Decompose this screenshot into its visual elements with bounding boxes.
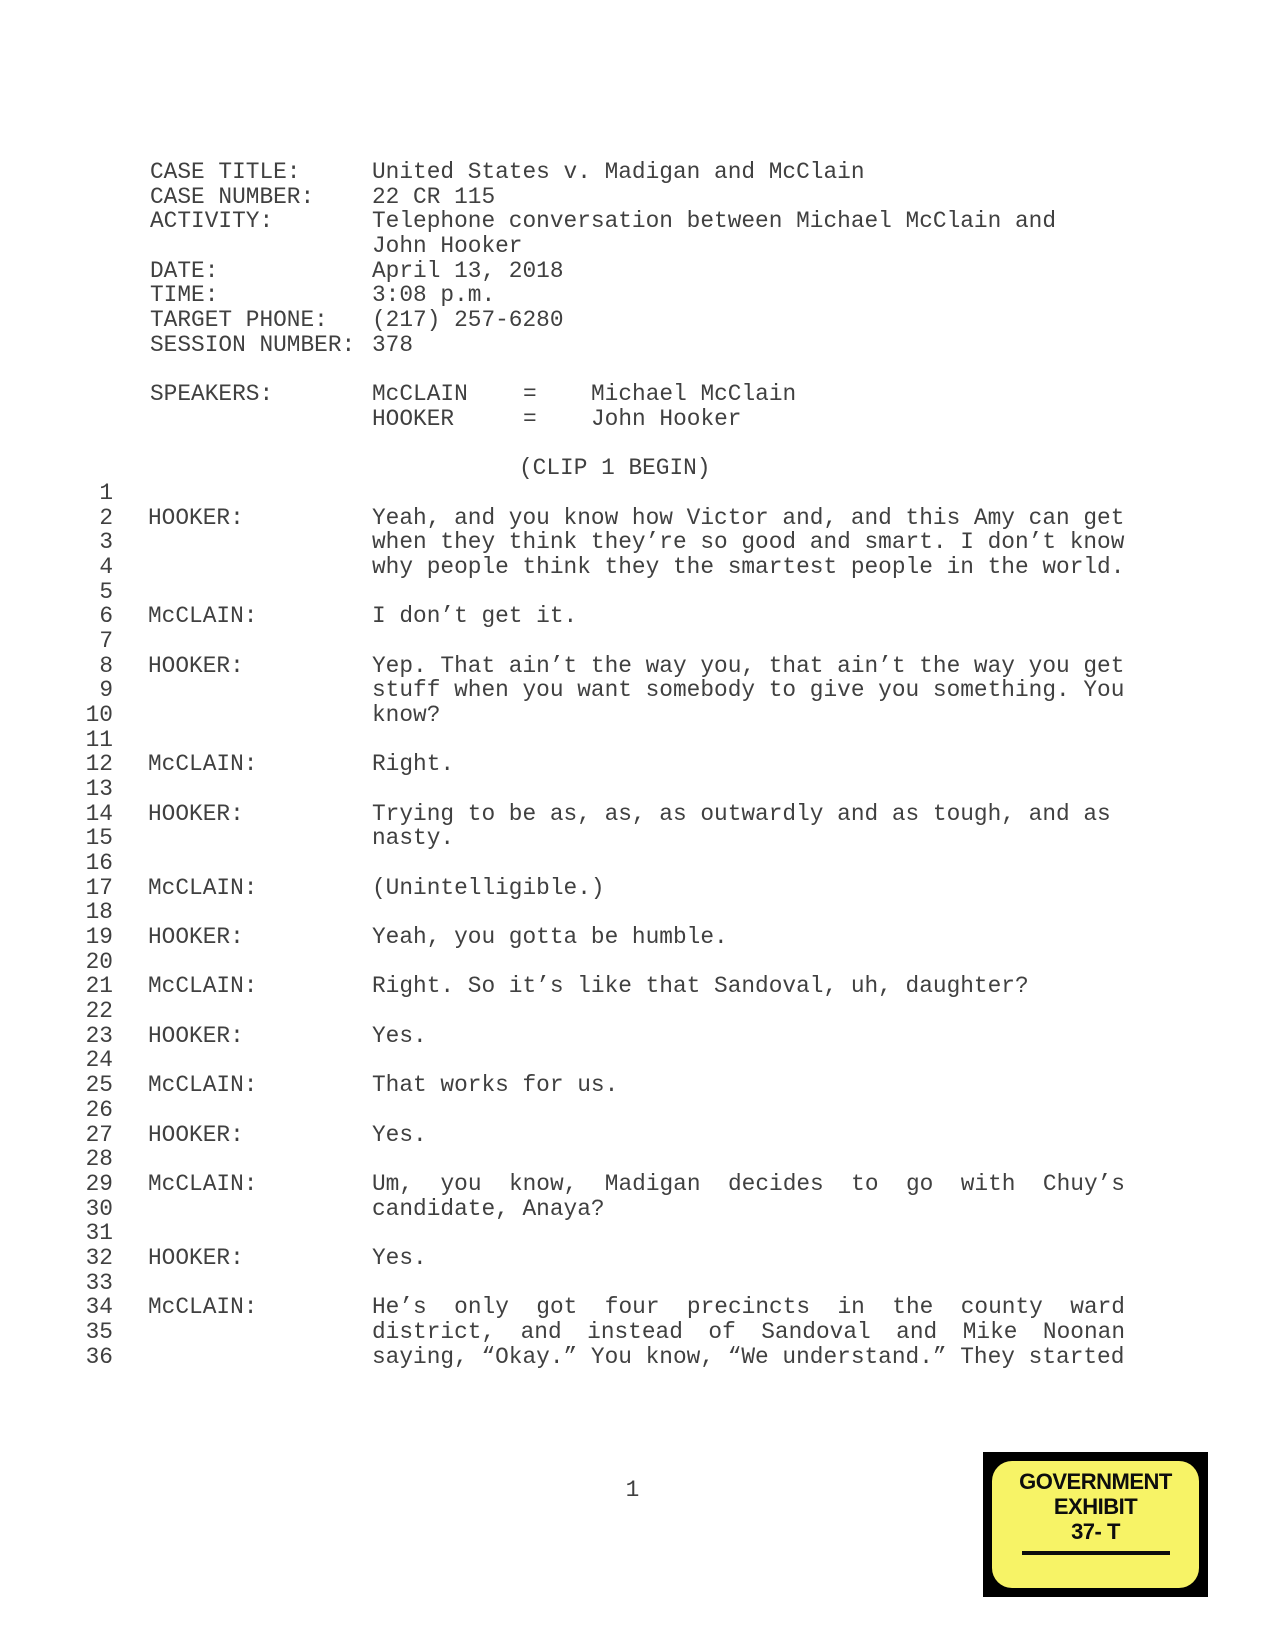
stamp-line-number: 37- T [992, 1519, 1199, 1544]
dialogue-text: district, and instead of Sandoval and Mi… [372, 1320, 1125, 1345]
line-number: 28 [52, 1147, 113, 1172]
header-value: John Hooker [372, 234, 522, 259]
header-value: (217) 257-6280 [372, 308, 564, 333]
speaker-label: HOOKER: [148, 1123, 244, 1148]
dialogue-text: Trying to be as, as, as outwardly and as… [372, 802, 1125, 827]
speaker-label: HOOKER: [148, 925, 244, 950]
line-number: 17 [52, 876, 113, 901]
header-label: CASE NUMBER: [150, 185, 314, 210]
dialogue-text: I don’t get it. [372, 604, 1125, 629]
line-number: 13 [52, 777, 113, 802]
line-number: 6 [52, 604, 113, 629]
line-number: 18 [52, 900, 113, 925]
line-number: 23 [52, 1024, 113, 1049]
transcript-line: 32HOOKER:Yes. [0, 1246, 1265, 1271]
line-number: 22 [52, 999, 113, 1024]
line-number: 26 [52, 1098, 113, 1123]
header-label: SESSION NUMBER: [150, 333, 355, 358]
line-number: 33 [52, 1271, 113, 1296]
transcript-line: 24 [0, 1048, 1265, 1073]
header-value: 3:08 p.m. [372, 283, 495, 308]
transcript-line: 3when they think they’re so good and sma… [0, 530, 1265, 555]
speaker-name: John Hooker [591, 407, 741, 432]
line-number: 12 [52, 752, 113, 777]
dialogue-text: Um, you know, Madigan decides to go with… [372, 1172, 1125, 1197]
transcript-line: 26 [0, 1098, 1265, 1123]
line-number: 29 [52, 1172, 113, 1197]
transcript-line: 17McCLAIN:(Unintelligible.) [0, 876, 1265, 901]
speakers-row: SPEAKERS:McCLAIN=Michael McClain [0, 382, 1265, 407]
speakers-label: SPEAKERS: [150, 382, 273, 407]
transcript-line: 15nasty. [0, 826, 1265, 851]
dialogue-text: candidate, Anaya? [372, 1197, 1125, 1222]
speaker-label: McCLAIN: [148, 876, 257, 901]
equals-sign: = [523, 382, 537, 407]
dialogue-text: He’s only got four precincts in the coun… [372, 1295, 1125, 1320]
dialogue-text: Yeah, you gotta be humble. [372, 925, 1125, 950]
header-row: TARGET PHONE:(217) 257-6280 [0, 308, 1265, 333]
equals-sign: = [523, 407, 537, 432]
line-number: 30 [52, 1197, 113, 1222]
transcript-line: 16 [0, 851, 1265, 876]
transcript-line: 35district, and instead of Sandoval and … [0, 1320, 1265, 1345]
dialogue-text: (Unintelligible.) [372, 876, 1125, 901]
line-number: 31 [52, 1221, 113, 1246]
header-row: ACTIVITY:Telephone conversation between … [0, 209, 1265, 234]
transcript-line: 34McCLAIN:He’s only got four precincts i… [0, 1295, 1265, 1320]
speaker-label: HOOKER: [148, 654, 244, 679]
header-value: 378 [372, 333, 413, 358]
transcript-line: 20 [0, 950, 1265, 975]
dialogue-text: Yes. [372, 1123, 1125, 1148]
speaker-label: McCLAIN: [148, 1295, 257, 1320]
transcript-line: 31 [0, 1221, 1265, 1246]
dialogue-text: That works for us. [372, 1073, 1125, 1098]
transcript-line: 6McCLAIN:I don’t get it. [0, 604, 1265, 629]
exhibit-stamp-label: GOVERNMENT EXHIBIT 37- T [992, 1461, 1199, 1588]
header-value: April 13, 2018 [372, 259, 564, 284]
transcript-line: 21McCLAIN:Right. So it’s like that Sando… [0, 974, 1265, 999]
transcript-line: 22 [0, 999, 1265, 1024]
transcript-line: 27HOOKER:Yes. [0, 1123, 1265, 1148]
transcript-line: 9stuff when you want somebody to give yo… [0, 678, 1265, 703]
header-row: DATE:April 13, 2018 [0, 259, 1265, 284]
speaker-label: McCLAIN: [148, 1172, 257, 1197]
transcript-line: 30candidate, Anaya? [0, 1197, 1265, 1222]
transcript-line: 33 [0, 1271, 1265, 1296]
header-label: DATE: [150, 259, 218, 284]
transcript-line: 4why people think they the smartest peop… [0, 555, 1265, 580]
speaker-label: HOOKER: [148, 1024, 244, 1049]
speaker-label: HOOKER: [148, 1246, 244, 1271]
line-number: 14 [52, 802, 113, 827]
line-number: 20 [52, 950, 113, 975]
transcript-page: CASE TITLE:United States v. Madigan and … [0, 0, 1265, 1638]
header-row: CASE NUMBER:22 CR 115 [0, 185, 1265, 210]
transcript-line: 23HOOKER:Yes. [0, 1024, 1265, 1049]
stamp-underline-icon [1022, 1551, 1170, 1555]
line-number: 4 [52, 555, 113, 580]
speaker-label: HOOKER: [148, 802, 244, 827]
transcript-line: 28 [0, 1147, 1265, 1172]
speaker-label: McCLAIN: [148, 604, 257, 629]
line-number: 8 [52, 654, 113, 679]
speaker-abbr: McCLAIN [372, 382, 468, 407]
line-number: 7 [52, 629, 113, 654]
header-label: CASE TITLE: [150, 160, 300, 185]
dialogue-text: Yes. [372, 1246, 1125, 1271]
line-number: 19 [52, 925, 113, 950]
header-value: Telephone conversation between Michael M… [372, 209, 1056, 234]
line-number: 36 [52, 1345, 113, 1370]
dialogue-text: Yep. That ain’t the way you, that ain’t … [372, 654, 1125, 679]
dialogue-text: nasty. [372, 826, 1125, 851]
dialogue-text: saying, “Okay.” You know, “We understand… [372, 1345, 1125, 1370]
header-value: United States v. Madigan and McClain [372, 160, 865, 185]
line-number: 10 [52, 703, 113, 728]
header-label: ACTIVITY: [150, 209, 273, 234]
transcript-line: 36saying, “Okay.” You know, “We understa… [0, 1345, 1265, 1370]
line-number: 1 [52, 481, 113, 506]
header-value: 22 CR 115 [372, 185, 495, 210]
transcript-line: 14HOOKER:Trying to be as, as, as outward… [0, 802, 1265, 827]
line-number: 2 [52, 506, 113, 531]
transcript-line: 5 [0, 580, 1265, 605]
header-row: SESSION NUMBER:378 [0, 333, 1265, 358]
line-number: 21 [52, 974, 113, 999]
line-number: 35 [52, 1320, 113, 1345]
header-label: TIME: [150, 283, 218, 308]
speaker-label: McCLAIN: [148, 974, 257, 999]
stamp-line-exhibit: EXHIBIT [992, 1494, 1199, 1519]
dialogue-text: Right. So it’s like that Sandoval, uh, d… [372, 974, 1125, 999]
line-number: 24 [52, 1048, 113, 1073]
stamp-line-government: GOVERNMENT [992, 1469, 1199, 1494]
transcript-line: 8HOOKER:Yep. That ain’t the way you, tha… [0, 654, 1265, 679]
transcript-line: 10know? [0, 703, 1265, 728]
dialogue-text: when they think they’re so good and smar… [372, 530, 1125, 555]
clip-marker: (CLIP 1 BEGIN) [519, 456, 711, 481]
speaker-label: McCLAIN: [148, 752, 257, 777]
dialogue-text: why people think they the smartest peopl… [372, 555, 1125, 580]
transcript-line: 11 [0, 728, 1265, 753]
line-number: 11 [52, 728, 113, 753]
speaker-abbr: HOOKER [372, 407, 454, 432]
line-number: 32 [52, 1246, 113, 1271]
transcript-line: 1 [0, 481, 1265, 506]
line-number: 27 [52, 1123, 113, 1148]
line-number: 5 [52, 580, 113, 605]
transcript-line: 13 [0, 777, 1265, 802]
dialogue-text: Right. [372, 752, 1125, 777]
transcript-line: 25McCLAIN:That works for us. [0, 1073, 1265, 1098]
line-number: 9 [52, 678, 113, 703]
line-number: 25 [52, 1073, 113, 1098]
header-row: John Hooker [0, 234, 1265, 259]
dialogue-text: Yes. [372, 1024, 1125, 1049]
speaker-label: McCLAIN: [148, 1073, 257, 1098]
dialogue-text: Yeah, and you know how Victor and, and t… [372, 506, 1125, 531]
transcript-line: 7 [0, 629, 1265, 654]
transcript-line: 19HOOKER:Yeah, you gotta be humble. [0, 925, 1265, 950]
transcript-line: 2HOOKER:Yeah, and you know how Victor an… [0, 506, 1265, 531]
dialogue-text: stuff when you want somebody to give you… [372, 678, 1125, 703]
speakers-row: HOOKER=John Hooker [0, 407, 1265, 432]
line-number: 34 [52, 1295, 113, 1320]
header-row: CASE TITLE:United States v. Madigan and … [0, 160, 1265, 185]
line-number: 3 [52, 530, 113, 555]
line-number: 16 [52, 851, 113, 876]
line-number: 15 [52, 826, 113, 851]
exhibit-stamp: GOVERNMENT EXHIBIT 37- T [983, 1452, 1208, 1597]
transcript-line: 12McCLAIN:Right. [0, 752, 1265, 777]
transcript-line: 18 [0, 900, 1265, 925]
transcript-line: 29McCLAIN:Um, you know, Madigan decides … [0, 1172, 1265, 1197]
header-label: TARGET PHONE: [150, 308, 328, 333]
speaker-name: Michael McClain [591, 382, 796, 407]
header-row: TIME:3:08 p.m. [0, 283, 1265, 308]
dialogue-text: know? [372, 703, 1125, 728]
speaker-label: HOOKER: [148, 506, 244, 531]
